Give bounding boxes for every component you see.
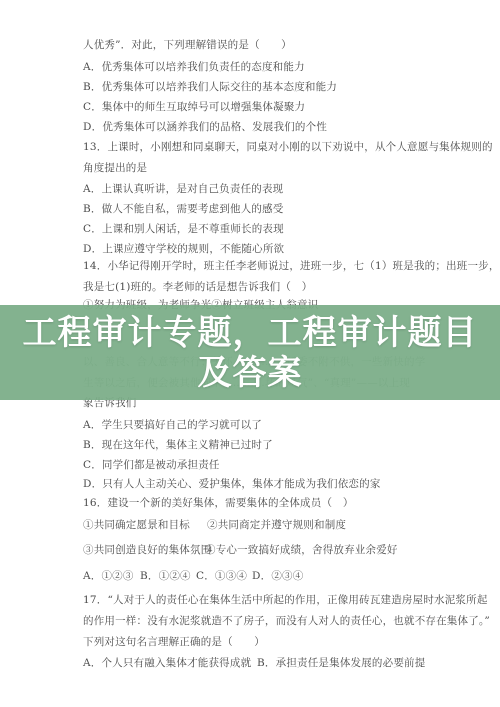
q16-stem: 16．建设一个新的美好集体，需要集体的全体成员（ ） (83, 496, 354, 510)
q12-option-b: B．优秀集体可以培养我们人际交往的基本态度和能力 (83, 80, 337, 94)
q13-option-c: C．上课和别人闲话，是不尊重师长的表现 (83, 222, 284, 236)
q17-stem-line2: 的作用一样：没有水泥浆就造不了房子，而没有人对人的责任心，也就不存在集体了。” (83, 614, 490, 628)
q13-stem-line1: 13．上课时，小刚想和同桌聊天，同桌对小刚的以下劝说中，从个人意愿与集体规则的 (83, 140, 493, 154)
q16-item-1: ①共同确定愿景和目标 (83, 518, 190, 532)
q16-item-2: ②共同商定并遵守规则和制度 (207, 518, 346, 532)
q17-option-a: A．个人只有融入集体才能获得成就 (83, 656, 251, 670)
q12-option-c: C．集体中的师生互取绰号可以增强集体凝聚力 (83, 100, 305, 114)
q13-option-a: A．上课认真听讲，是对自己负责任的表现 (83, 182, 283, 196)
banner-title-line2: 及答案 (198, 353, 303, 393)
title-banner: 工程审计专题，工程审计题目 及答案 (0, 305, 500, 400)
q16-item-4: ④专心一致搞好成绩，舍得放弃业余爱好 (205, 543, 398, 557)
q12-option-d: D．优秀集体可以涵养我们的品格、发展我们的个性 (83, 120, 327, 134)
q12-option-a: A．优秀集体可以培养我们负责任的态度和能力 (83, 60, 305, 74)
q17-stem-line1: 17．“人对于人的责任心在集体生活中所起的作用，正像用砖瓦建造房屋时水泥浆所起 (83, 593, 488, 607)
q15-option-d: D．只有人人主动关心、爱护集体，集体才能成为我们依恋的家 (83, 477, 381, 491)
q17-stem-line3: 下列对这句名言理解正确的是（ ） (83, 635, 265, 649)
q13-option-b: B．做人不能自私，需要考虑到他人的感受 (83, 202, 284, 216)
q16-item-3: ③共同创造良好的集体氛围 (83, 543, 211, 557)
document-page: 人优秀”．对此，下列理解错误的是（ ） A．优秀集体可以培养我们负责任的态度和能… (0, 0, 500, 707)
q12-stem: 人优秀”．对此，下列理解错误的是（ ） (83, 38, 292, 52)
q16-choice-d: D．②③④ (252, 569, 303, 583)
q14-stem-line2: 我是七(1)班的。李老师的话是想告诉我们（ ） (83, 280, 312, 294)
q13-option-d: D．上课应遵守学校的规则，不能随心所欲 (83, 242, 284, 256)
q17-option-b: B．承担责任是集体发展的必要前提 (257, 656, 425, 670)
q14-stem-line1: 14．小华记得刚开学时，班主任李老师说过，进班一步，七（1）班是我的；出班一步， (83, 259, 500, 273)
q15-option-b: B．现在这年代，集体主义精神已过时了 (83, 438, 273, 452)
q16-choice-b: B．①②④ (140, 569, 191, 583)
q16-choice-a: A．①②③ (83, 569, 134, 583)
q16-choice-c: C．①③④ (196, 569, 247, 583)
q13-stem-line2: 角度提出的是 (83, 161, 147, 175)
q15-option-a: A．学生只要搞好自己的学习就可以了 (83, 418, 262, 432)
q15-option-c: C．同学们都是被动承担责任 (83, 458, 220, 472)
banner-title-line1: 工程审计专题，工程审计题目 (23, 313, 478, 353)
